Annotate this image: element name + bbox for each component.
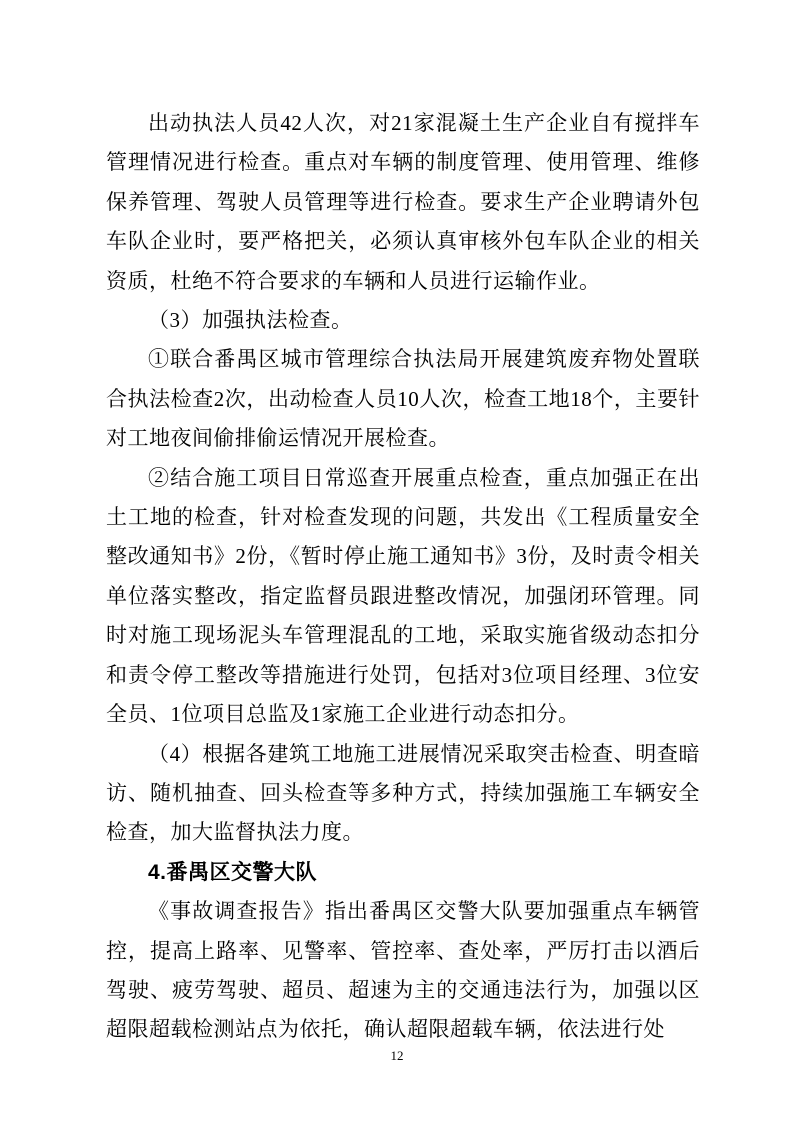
document-body: 出动执法人员42人次，对21家混凝土生产企业自有搅拌车管理情况进行检查。重点对车… bbox=[106, 104, 700, 1050]
paragraph: （4）根据各建筑工地施工进展情况采取突击检查、明查暗访、随机抽查、回头检查等多种… bbox=[106, 735, 700, 853]
document-page: 出动执法人员42人次，对21家混凝土生产企业自有搅拌车管理情况进行检查。重点对车… bbox=[0, 0, 794, 1123]
paragraph: ①联合番禺区城市管理综合执法局开展建筑废弃物处置联合执法检查2次，出动检查人员1… bbox=[106, 340, 700, 458]
paragraph: ②结合施工项目日常巡查开展重点检查，重点加强正在出土工地的检查，针对检查发现的问… bbox=[106, 459, 700, 735]
section-heading: 4.番禺区交警大队 bbox=[106, 853, 700, 892]
paragraph: 出动执法人员42人次，对21家混凝土生产企业自有搅拌车管理情况进行检查。重点对车… bbox=[106, 104, 700, 301]
paragraph: 《事故调查报告》指出番禺区交警大队要加强重点车辆管控，提高上路率、见警率、管控率… bbox=[106, 892, 700, 1050]
paragraph: （3）加强执法检查。 bbox=[106, 301, 700, 340]
page-number: 12 bbox=[0, 1048, 794, 1064]
